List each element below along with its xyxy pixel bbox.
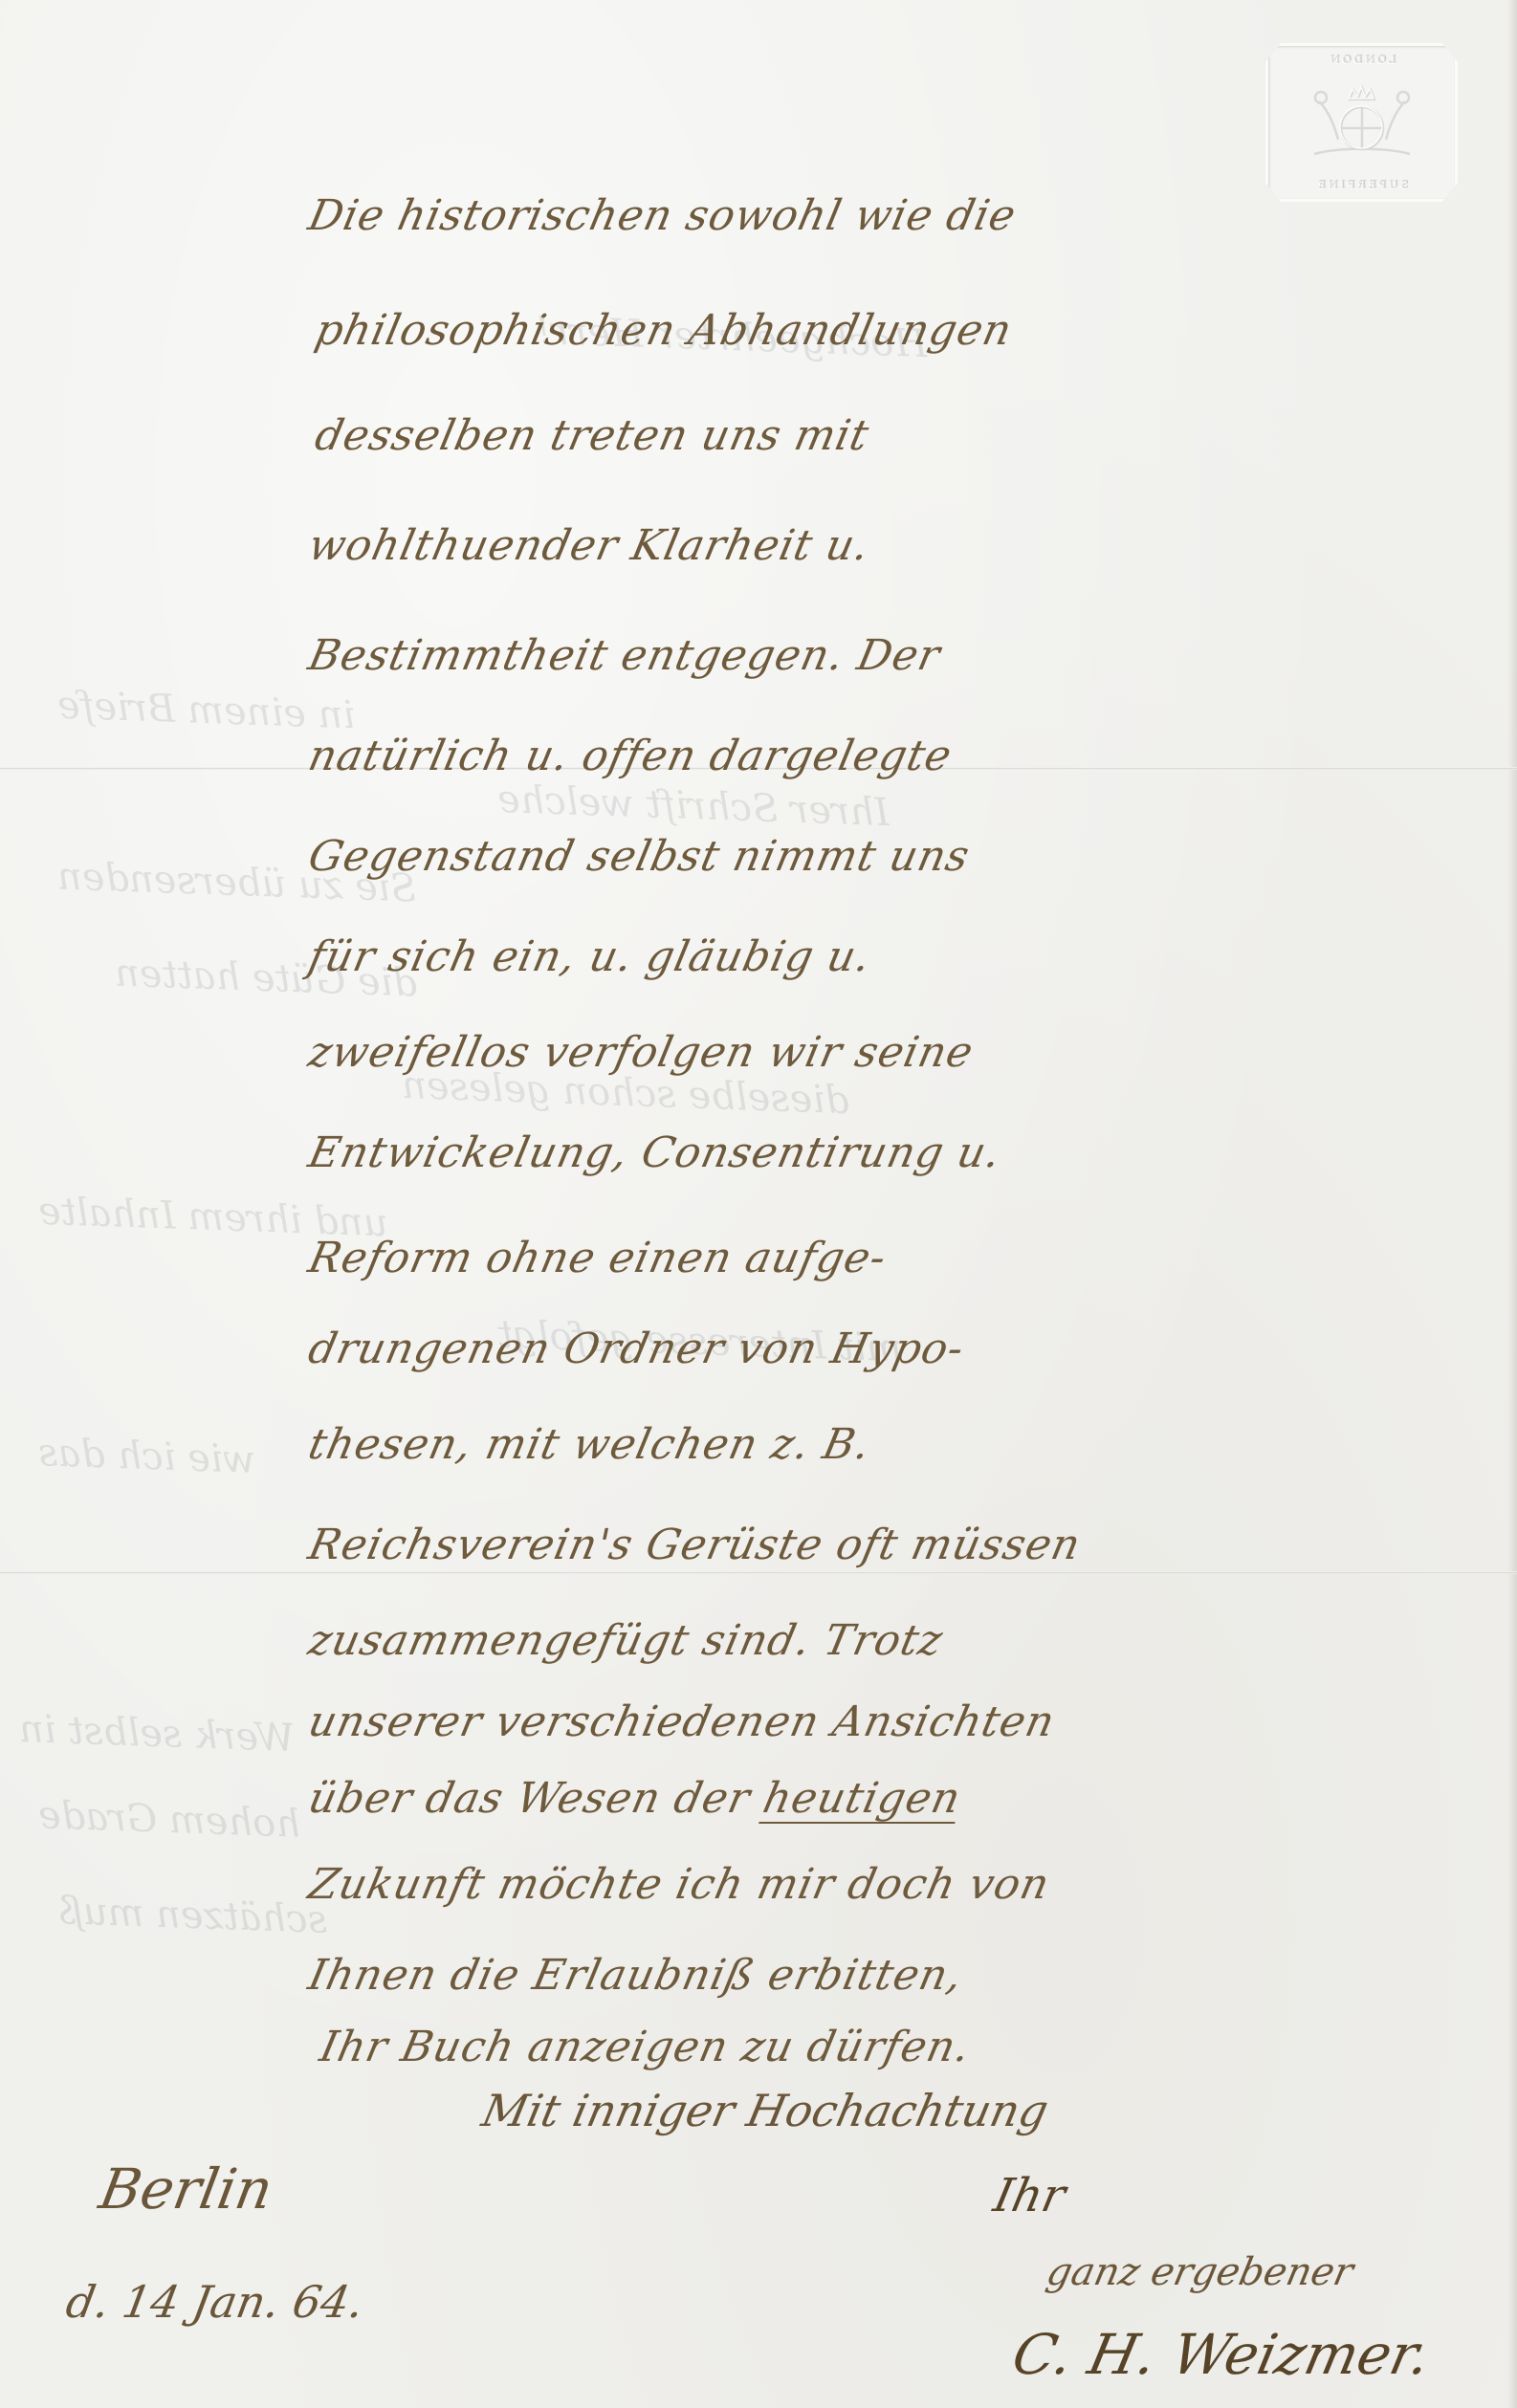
letter-line: drungenen Ordner von Hypo- <box>304 1324 969 1373</box>
signature: C. H. Weizmer. <box>1007 2322 1437 2387</box>
letter-line: Reichsverein's Gerüste oft müssen <box>304 1521 1086 1569</box>
line-text: Ihr Buch anzeigen zu dürfen. <box>316 2023 975 2071</box>
letter-line: zweifellos verfolgen wir seine <box>304 1028 978 1077</box>
letter-line: Zukunft möchte ich mir doch von <box>304 1860 1054 1909</box>
line-text: desselben treten uns mit <box>311 411 873 460</box>
line-text: unserer verschiedenen Ansichten <box>304 1697 1060 1746</box>
line-text: Ihnen die Erlaubniß erbitten, <box>304 1951 967 2000</box>
line-text: natürlich u. offen dargelegte <box>304 732 956 780</box>
line-text: über das Wesen der <box>304 1774 769 1823</box>
place-name: Berlin <box>95 2156 277 2222</box>
paper-edge-shadow <box>1507 0 1517 2408</box>
line-text: Reichsverein's Gerüste oft müssen <box>304 1521 1086 1569</box>
letter-line: Ihnen die Erlaubniß erbitten, <box>304 1951 967 2000</box>
line-text: zusammengefügt sind. Trotz <box>304 1616 948 1665</box>
letter-line: Ihr Buch anzeigen zu dürfen. <box>316 2023 975 2071</box>
letter-date: d. 14 Jan. 64. <box>62 2276 367 2328</box>
line-text: Reform ohne einen aufge- <box>304 1234 890 1282</box>
letter-line: desselben treten uns mit <box>311 411 873 460</box>
letter-line: unserer verschiedenen Ansichten <box>304 1697 1060 1746</box>
coat-of-arms-icon <box>1300 73 1424 168</box>
fold-line <box>0 1571 1517 1574</box>
line-text: philosophischen Abhandlungen <box>311 306 1017 355</box>
emboss-top-text: LONDON <box>1268 54 1455 66</box>
emboss-bottom-text: SUPERFINE <box>1268 179 1455 191</box>
letter-line: philosophischen Abhandlungen <box>311 306 1017 355</box>
letter-line: thesen, mit welchen z. B. <box>304 1420 875 1469</box>
letter-line: Entwickelung, Consentirung u. <box>304 1128 1005 1177</box>
embossed-stationery-mark: LONDON SUPERFINE <box>1265 43 1458 202</box>
letter-line: wohlthuender Klarheit u. <box>304 521 874 570</box>
line-text: Gegenstand selbst nimmt uns <box>304 832 974 881</box>
letter-line: Gegenstand selbst nimmt uns <box>304 832 974 881</box>
closing-adjective: ganz ergebener <box>1043 2250 1357 2294</box>
line-text: Die historischen sowohl wie die <box>304 191 1021 240</box>
line-text: für sich ein, u. gläubig u. <box>304 932 875 981</box>
line-text: Entwickelung, Consentirung u. <box>304 1128 1005 1177</box>
line-text: thesen, mit welchen z. B. <box>304 1420 875 1469</box>
underlined-word: heutigen <box>758 1774 965 1823</box>
letter-line: zusammengefügt sind. Trotz <box>304 1616 948 1665</box>
closing-salutation: Mit inniger Hochachtung <box>477 2085 1053 2136</box>
closing-ihr: Ihr <box>989 2169 1070 2222</box>
line-text: zweifellos verfolgen wir seine <box>304 1028 978 1077</box>
line-text: drungenen Ordner von Hypo- <box>304 1324 969 1373</box>
letter-line: Reform ohne einen aufge- <box>304 1234 890 1282</box>
line-text: wohlthuender Klarheit u. <box>304 521 874 570</box>
letter-line: über das Wesen der heutigen <box>304 1774 965 1823</box>
line-text: Zukunft möchte ich mir doch von <box>304 1860 1054 1909</box>
letter-line: natürlich u. offen dargelegte <box>304 732 956 780</box>
letter-line: Die historischen sowohl wie die <box>304 191 1021 240</box>
line-text: Bestimmtheit entgegen. Der <box>304 631 945 680</box>
letter-line: Bestimmtheit entgegen. Der <box>304 631 945 680</box>
letter-line: für sich ein, u. gläubig u. <box>304 932 875 981</box>
